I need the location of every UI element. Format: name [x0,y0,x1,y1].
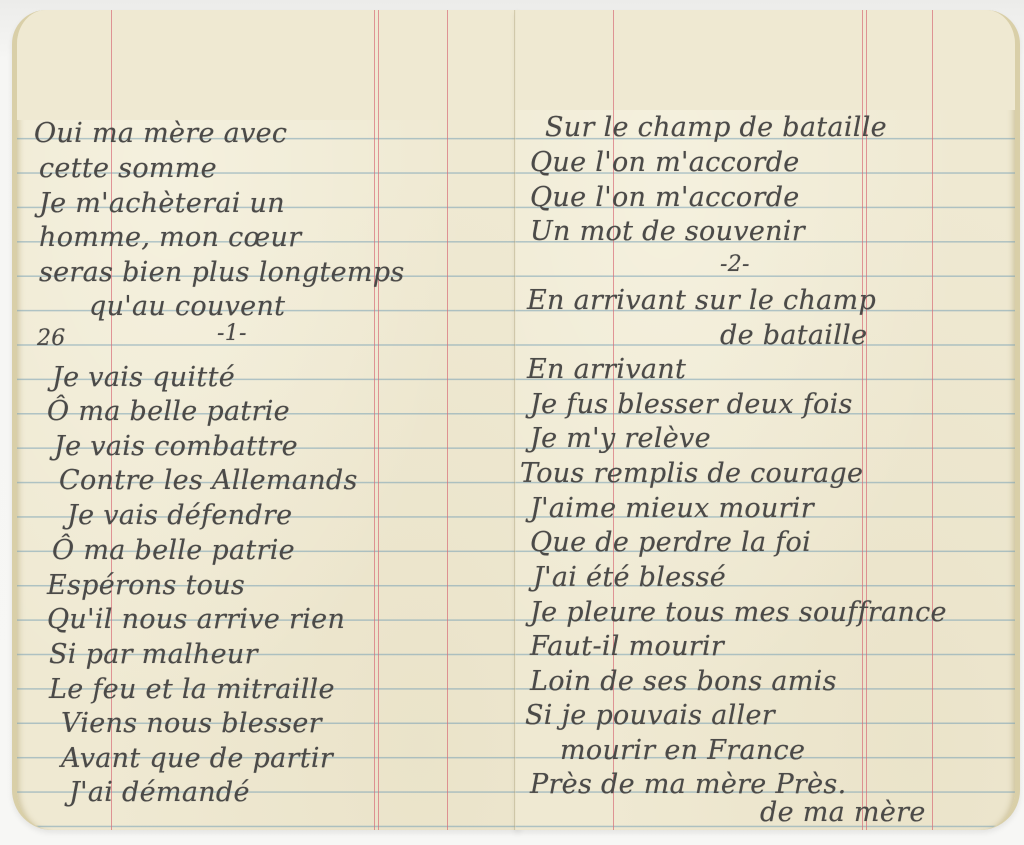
stanza-number: -2- [720,254,750,276]
left-page: Oui ma mère avec cette somme Je m'achète… [12,10,520,830]
handwritten-line: Avant que de partir [61,745,333,772]
handwritten-line: de ma mère [760,799,926,826]
handwritten-line: Qu'il nous arrive rien [47,606,345,633]
handwritten-line: qu'au couvent [89,293,285,320]
handwritten-line: mourir en France [560,737,805,764]
notebook-spread: Oui ma mère avec cette somme Je m'achète… [12,10,1018,830]
handwritten-line: Ô ma belle patrie [52,537,295,564]
handwritten-line: Je vais combattre [54,433,298,460]
handwritten-line: Près de ma mère Près. [530,771,846,798]
handwritten-line: En arrivant sur le champ [527,287,876,314]
handwritten-line: Sur le champ de bataille [545,114,887,141]
handwritten-line: Que de perdre la foi [530,529,811,556]
handwritten-line: Que l'on m'accorde [530,149,800,176]
handwritten-line: de bataille [720,322,867,349]
handwritten-line: Je m'achèterai un [39,190,285,217]
handwritten-line: Tous remplis de courage [520,460,863,487]
handwritten-line: Je vais quitté [52,364,235,391]
right-page-text: Sur le champ de bataille Que l'on m'acco… [515,10,1015,830]
left-page-text: Oui ma mère avec cette somme Je m'achète… [17,10,520,830]
page-date-number: 26 [37,328,66,350]
handwritten-line: Je fus blesser deux fois [530,391,853,418]
handwritten-line: Si par malheur [49,641,258,668]
handwritten-line: Loin de ses bons amis [530,668,837,695]
handwritten-line: Oui ma mère avec [34,120,287,147]
handwritten-line: Je pleure tous mes souffrance [530,599,947,626]
stanza-number: -1- [217,323,247,345]
handwritten-line: Contre les Allemands [59,467,358,494]
handwritten-line: Ô ma belle patrie [47,398,290,425]
handwritten-line: Je m'y relève [530,425,711,452]
handwritten-line: Si je pouvais aller [525,702,775,729]
handwritten-line: seras bien plus longtemps [39,259,405,286]
handwritten-line: Viens nous blesser [61,710,322,737]
handwritten-line: Que l'on m'accorde [530,184,800,211]
handwritten-line: J'aime mieux mourir [530,495,814,522]
handwritten-line: J'ai démandé [69,779,250,806]
handwritten-line: Je vais défendre [67,502,292,529]
handwritten-line: Faut-il mourir [530,633,724,660]
handwritten-line: homme, mon cœur [39,224,301,251]
handwritten-line: En arrivant [527,356,686,383]
scan-background: Oui ma mère avec cette somme Je m'achète… [0,0,1024,845]
handwritten-line: J'ai été blessé [533,564,726,591]
right-page: Sur le champ de bataille Que l'on m'acco… [515,10,1020,830]
handwritten-line: Le feu et la mitraille [49,676,335,703]
handwritten-line: Espérons tous [47,572,245,599]
binding-gutter [514,10,516,830]
handwritten-line: cette somme [39,155,217,182]
handwritten-line: Un mot de souvenir [530,218,805,245]
